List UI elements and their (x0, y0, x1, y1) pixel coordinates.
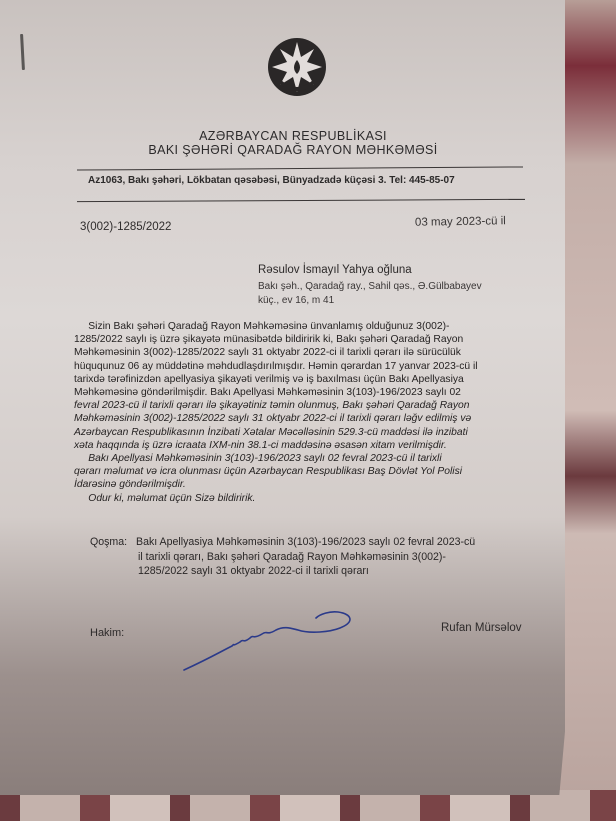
text-line: qərarı məlumat və icra olunması üçün Azə… (74, 465, 564, 478)
judge-name: Rufan Mürsəlov (441, 622, 522, 634)
background-fabric-right (560, 0, 616, 821)
header-rule-bottom (77, 199, 525, 202)
text-line: Sizin Bakı şəhəri Qaradağ Rayon Məhkəməs… (74, 320, 564, 333)
letter-paper: AZƏRBAYCAN RESPUBLİKASI BAKI ŞƏHƏRİ QARA… (0, 0, 565, 795)
signature-label: Hakim: (90, 627, 124, 639)
text-line: Bakı Apellyasi Məhkəməsinin 3(103)-196/2… (74, 452, 564, 465)
text-line: İdarəsinə göndərilmişdir. (74, 478, 564, 491)
text-line: Azərbaycan Respublikasının İnzibati Xəta… (74, 426, 564, 439)
text-line: hüququnuz 06 ay müddətinə məhdudlaşdırıl… (74, 360, 564, 373)
body-paragraph-1: Sizin Bakı şəhəri Qaradağ Rayon Məhkəməs… (74, 320, 564, 452)
staple-icon (20, 34, 25, 70)
attachment-line: Bakı Apellyasiya Məhkəməsinin 3(103)-196… (136, 536, 475, 548)
text-line: tarixdə tərəfinizdən apellyasiya şikayət… (74, 373, 564, 386)
attachment-line: il tarixli qərarı, Bakı şəhəri Qaradağ R… (90, 550, 475, 565)
recipient-name: Rəsulov İsmayıl Yahya oğluna (258, 264, 412, 276)
attachment-line: 1285/2022 saylı 31 oktyabr 2022-ci il ta… (90, 564, 475, 579)
text-line: Məhkəməsinin 3(002)-1285/2022 saylı 31 o… (74, 346, 564, 359)
court-address: Az1063, Bakı şəhəri, Lökbatan qəsəbəsi, … (88, 175, 455, 186)
azerbaijan-coat-of-arms-icon (266, 36, 328, 98)
text-line: 1285/2022 saylı iş üzrə şikayətə münasib… (74, 333, 564, 346)
attachment-block: Qoşma:Bakı Apellyasiya Məhkəməsinin 3(10… (90, 535, 475, 579)
text-line: Məhkəməsinin 3(002)-1285/2022 saylı 31 o… (74, 412, 564, 425)
attachment-label: Qoşma: (90, 535, 136, 550)
closing-line: Odur ki, məlumat üçün Sizə bildiririk. (74, 492, 564, 505)
text-line: Məhkəməsinə göndərilmişdir. Bakı Apellya… (74, 386, 564, 399)
recipient-address-line-2: küç., ev 16, m 41 (258, 295, 334, 306)
letter-date: 03 may 2023-cü il (415, 215, 506, 229)
handwritten-signature-icon (180, 608, 360, 674)
header-country: AZƏRBAYCAN RESPUBLİKASI (33, 129, 553, 143)
text-line: xəta haqqında iş üzrə icraata IXM-nin 38… (74, 439, 564, 452)
header-court-name: BAKI ŞƏHƏRİ QARADAĞ RAYON MƏHKƏMƏSİ (33, 143, 553, 157)
case-number: 3(002)-1285/2022 (80, 221, 171, 233)
text-line: fevral 2023-cü il tarixli qərarı ilə şik… (74, 399, 564, 412)
body-paragraph-2: Bakı Apellyasi Məhkəməsinin 3(103)-196/2… (74, 452, 564, 505)
header-rule-top (77, 166, 523, 170)
recipient-address-line-1: Bakı şəh., Qaradağ ray., Sahil qəs., Ə.G… (258, 281, 482, 292)
